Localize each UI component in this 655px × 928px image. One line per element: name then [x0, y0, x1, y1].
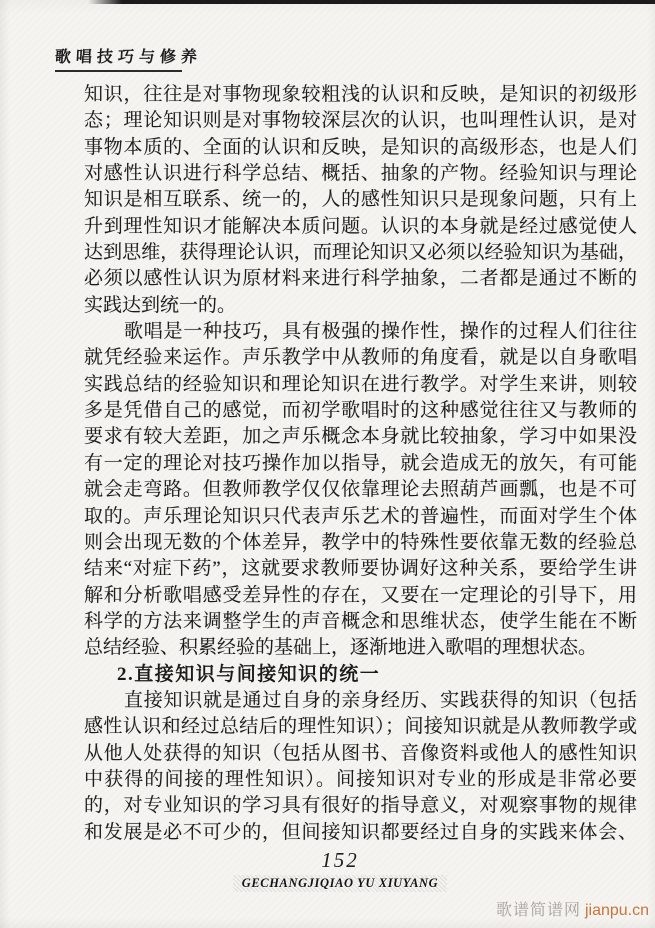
- text-line: 和发展是必不可少的，但间接知识都要经过自身的实践来体会、: [84, 820, 637, 846]
- text-line: 歌唱是一种技巧，具有极强的操作性，操作的过程人们往往: [84, 319, 637, 345]
- text-line: 知识，往往是对事物现象较粗浅的认识和反映，是知识的初级形: [84, 82, 637, 108]
- text-line: 从他人处获得的知识（包括从图书、音像资料或他人的感性知识: [84, 741, 637, 767]
- text-line: 实践达到统一的。: [84, 293, 637, 319]
- text-line: 就会走弯路。但教师教学仅仅依靠理论去照葫芦画瓢，也是不可: [84, 477, 637, 503]
- top-border-bar: [88, 0, 655, 4]
- text-line: 必须以感性认识为原材料来进行科学抽象，二者都是通过不断的: [84, 266, 637, 292]
- watermark-site-name: 歌谱简谱网: [496, 902, 581, 919]
- text-line: 则会出现无数的个体差异，教学中的特殊性要依靠无数的经验总: [84, 530, 637, 556]
- text-line: 中获得的间接的理性知识）。间接知识对专业的形成是非常必要: [84, 767, 637, 793]
- text-line: 态；理论知识则是对事物较深层次的认识，也叫理性认识，是对: [84, 108, 637, 134]
- text-line: 解和分析歌唱感受差异性的存在，又要在一定理论的引导下，用: [84, 583, 637, 609]
- text-line: 事物本质的、全面的认识和反映，是知识的高级形态，也是人们: [84, 135, 637, 161]
- text-line: 总结经验、积累经验的基础上，逐渐地进入歌唱的理想状态。: [84, 635, 637, 661]
- text-line: 多是凭借自己的感觉，而初学歌唱时的这种感觉往往又与教师的: [84, 398, 637, 424]
- watermark: 歌谱简谱网jianpu.cn: [496, 897, 649, 920]
- text-line: 知识是相互联系、统一的，人的感性知识只是现象问题，只有上: [84, 187, 637, 213]
- text-line: 直接知识就是通过自身的亲身经历、实践获得的知识（包括: [84, 688, 637, 714]
- text-line: 感性认识和经过总结后的理性知识）；间接知识就是从教师教学或: [84, 714, 637, 740]
- body-text: 知识，往往是对事物现象较粗浅的认识和反映，是知识的初级形态；理论知识则是对事物较…: [84, 82, 640, 846]
- text-line: 要求有较大差距，加之声乐概念本身就比较抽象，学习中如果没: [84, 424, 637, 450]
- text-line: 达到思维，获得理论认识，而理论知识又必须以经验知识为基础，: [84, 240, 637, 266]
- text-line: 实践总结的经验知识和理论知识在进行教学。对学生来讲，则较: [84, 372, 637, 398]
- series-title-banner: GECHANGJIQIAO YU XIUYANG: [233, 875, 448, 892]
- section-heading: 2.直接知识与间接知识的统一: [84, 662, 637, 688]
- text-line: 就凭经验来运作。声乐教学中从教师的角度看，就是以自身歌唱: [84, 345, 637, 371]
- text-line: 有一定的理论对技巧操作加以指导，就会造成无的放矢，有可能: [84, 451, 637, 477]
- text-line: 升到理性知识才能解决本质问题。认识的本身就是经过感觉使人: [84, 214, 637, 240]
- text-line: 的，对专业知识的学习具有很好的指导意义，对观察事物的规律: [84, 793, 637, 819]
- text-line: 取的。声乐理论知识只代表声乐艺术的普遍性，而面对学生个体: [84, 504, 637, 530]
- page-footer: 152 GECHANGJIQIAO YU XIUYANG: [0, 848, 655, 892]
- header-underline-rule: [55, 70, 182, 72]
- page-number: 152: [0, 848, 655, 873]
- page-header: 歌唱技巧与修养: [55, 44, 202, 67]
- scanned-book-page: { "header": { "title": "歌唱技巧与修养" }, "bod…: [0, 0, 655, 928]
- watermark-site-url: jianpu.cn: [585, 902, 649, 919]
- text-line: 科学的方法来调整学生的声音概念和思维状态，使学生能在不断: [84, 609, 637, 635]
- text-line: 对感性认识进行科学总结、概括、抽象的产物。经验知识与理论: [84, 161, 637, 187]
- book-title: 歌唱技巧与修养: [54, 44, 202, 67]
- text-line: 结来“对症下药”，这就要求教师要协调好这种关系，要给学生讲: [84, 556, 637, 582]
